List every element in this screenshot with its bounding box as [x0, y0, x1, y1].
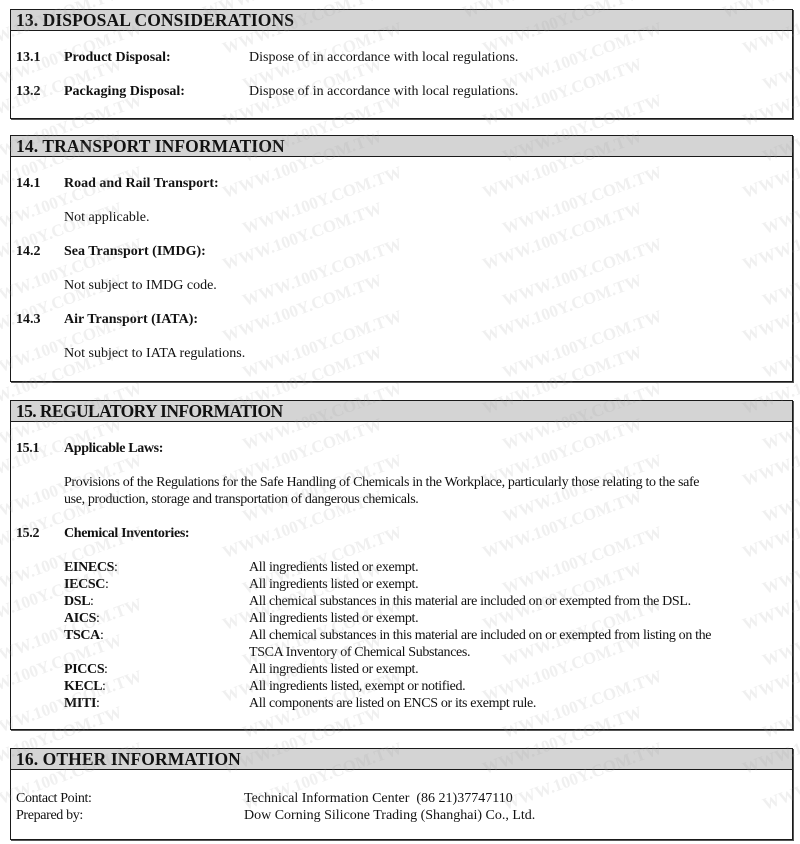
chemical-inventories-label: Chemical Inventories: [64, 525, 189, 542]
contact-point-label: Contact Point: [16, 790, 92, 807]
air-transport-value: Not subject to IATA regulations. [64, 345, 245, 362]
inventory-name-colon: : [105, 576, 109, 593]
air-transport-label: Air Transport (IATA): [64, 311, 198, 328]
sea-transport-label: Sea Transport (IMDG): [64, 243, 206, 260]
inventory-name: IECSC [64, 576, 105, 593]
section-title: 13. DISPOSAL CONSIDERATIONS [11, 10, 792, 31]
inventory-name-colon: : [96, 695, 100, 712]
section-transport-information: 14. TRANSPORT INFORMATION 14.1 Road and … [10, 135, 793, 382]
section-disposal-considerations: 13. DISPOSAL CONSIDERATIONS 13.1 Product… [10, 9, 793, 119]
packaging-disposal-value: Dispose of in accordance with local regu… [249, 83, 518, 100]
packaging-disposal-label: Packaging Disposal: [64, 83, 185, 100]
inventory-name-colon: : [90, 593, 94, 610]
section-regulatory-information: 15. REGULATORY INFORMATION 15.1 Applicab… [10, 400, 793, 730]
item-number: 13.1 [16, 49, 41, 66]
item-number: 13.2 [16, 83, 41, 100]
inventory-name-colon: : [114, 559, 118, 576]
prepared-by-value: Dow Corning Silicone Trading (Shanghai) … [244, 807, 535, 824]
inventory-status: All ingredients listed or exempt. [249, 576, 418, 593]
inventory-name: DSL [64, 593, 90, 610]
inventory-name-colon: : [102, 678, 106, 695]
section-other-information: 16. OTHER INFORMATION Contact Point: Tec… [10, 748, 793, 840]
inventory-status: All ingredients listed or exempt. [249, 610, 418, 627]
applicable-laws-text-line1: Provisions of the Regulations for the Sa… [64, 474, 699, 491]
inventory-status: All components are listed on ENCS or its… [249, 695, 536, 712]
applicable-laws-label: Applicable Laws: [64, 440, 163, 457]
product-disposal-value: Dispose of in accordance with local regu… [249, 49, 518, 66]
inventory-name: PICCS [64, 661, 104, 678]
inventory-name: KECL [64, 678, 102, 695]
item-number: 15.1 [16, 440, 39, 457]
inventory-name-colon: : [104, 661, 108, 678]
inventory-name: AICS [64, 610, 96, 627]
product-disposal-label: Product Disposal: [64, 49, 171, 66]
contact-point-value: Technical Information Center (86 21)3774… [244, 790, 513, 807]
applicable-laws-text-line2: use, production, storage and transportat… [64, 491, 418, 508]
item-number: 14.2 [16, 243, 41, 260]
item-number: 14.3 [16, 311, 41, 328]
section-title: 16. OTHER INFORMATION [11, 749, 792, 770]
inventory-name-colon: : [100, 627, 104, 644]
inventory-status-continued: TSCA Inventory of Chemical Substances. [249, 644, 470, 661]
inventory-status: All chemical substances in this material… [249, 593, 691, 610]
item-number: 14.1 [16, 175, 41, 192]
inventory-name-colon: : [96, 610, 100, 627]
item-number: 15.2 [16, 525, 39, 542]
inventory-name: EINECS [64, 559, 114, 576]
road-rail-transport-label: Road and Rail Transport: [64, 175, 219, 192]
sea-transport-value: Not subject to IMDG code. [64, 277, 217, 294]
section-title: 14. TRANSPORT INFORMATION [11, 136, 792, 157]
road-rail-transport-value: Not applicable. [64, 209, 150, 226]
prepared-by-label: Prepared by: [16, 807, 83, 824]
inventory-name: TSCA [64, 627, 100, 644]
inventory-status: All chemical substances in this material… [249, 627, 711, 644]
inventory-status: All ingredients listed or exempt. [249, 559, 418, 576]
section-title: 15. REGULATORY INFORMATION [11, 401, 792, 422]
inventory-status: All ingredients listed or exempt. [249, 661, 418, 678]
inventory-status: All ingredients listed, exempt or notifi… [249, 678, 465, 695]
inventory-name: MITI [64, 695, 96, 712]
